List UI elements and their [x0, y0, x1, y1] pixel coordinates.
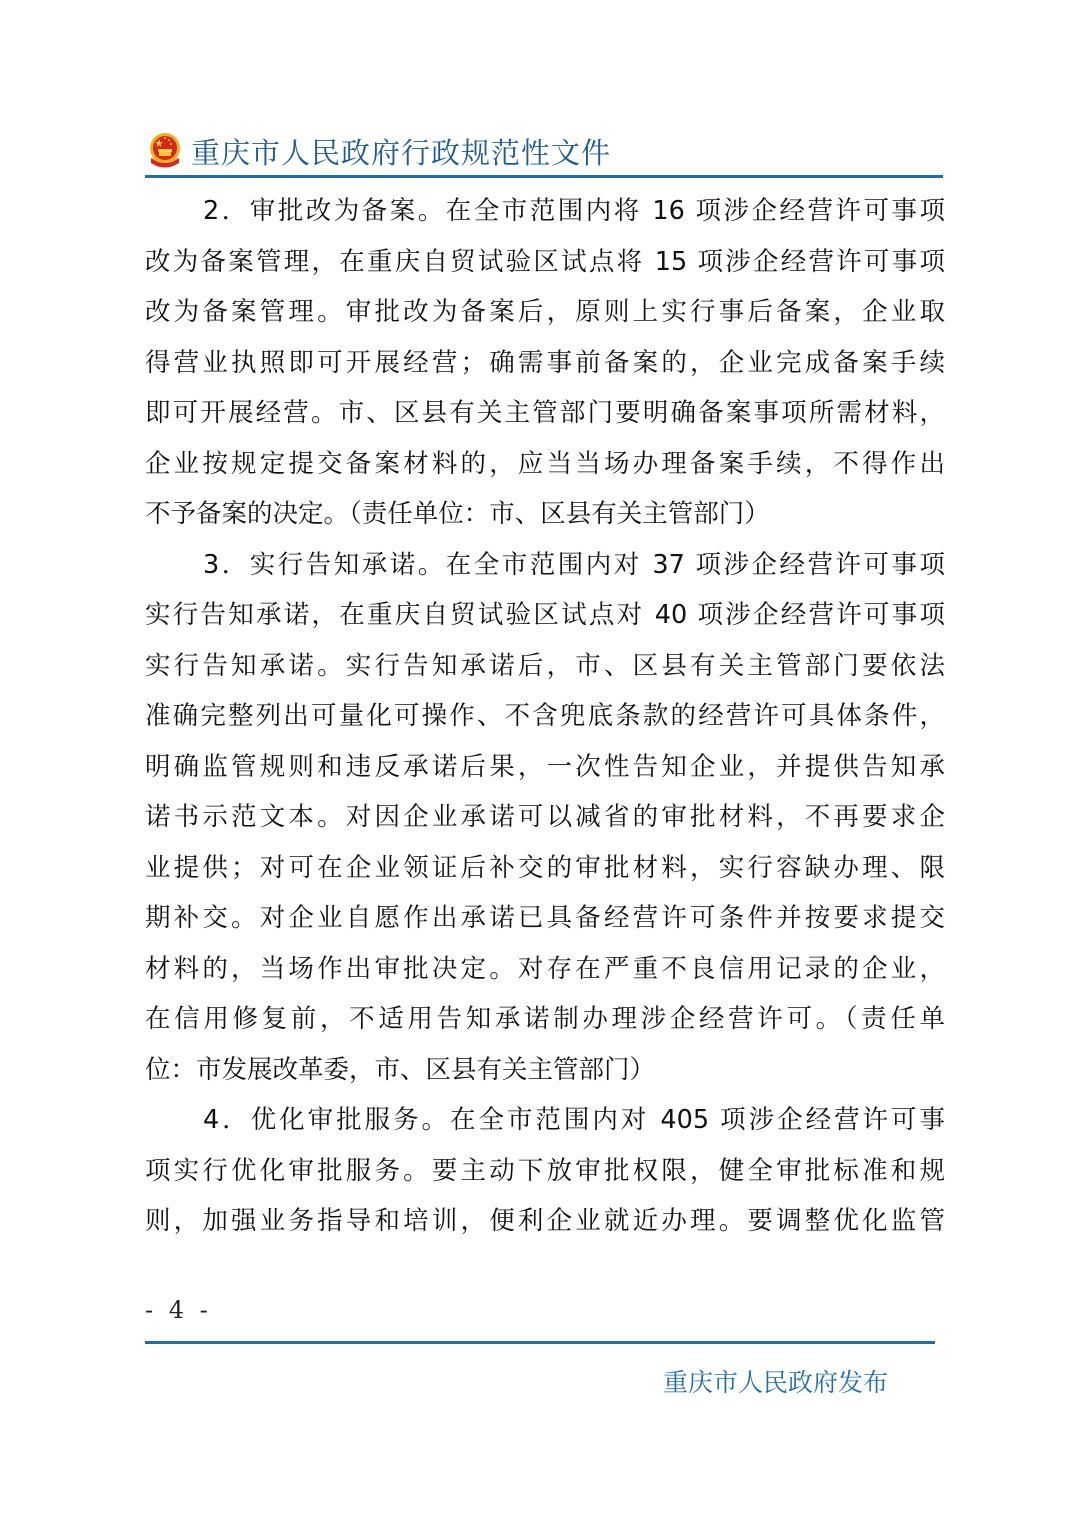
national-emblem-icon — [145, 130, 185, 172]
paragraph-2-line-2: 改为备案管理，在重庆自贸试验区试点将 15 项涉企经营许可事项 — [145, 237, 945, 288]
paragraph-3-line-5: 明确监管规则和违反承诺后果，一次性告知企业，并提供告知承 — [145, 742, 945, 793]
header-divider — [145, 175, 943, 178]
publisher-label: 重庆市人民政府发布 — [663, 1363, 888, 1399]
document-body: 2．审批改为备案。在全市范围内将 16 项涉企经营许可事项 改为备案管理，在重庆… — [145, 186, 945, 1247]
footer-divider — [145, 1341, 935, 1344]
paragraph-3-line-11: 位：市发展改革委，市、区县有关主管部门） — [145, 1045, 945, 1096]
paragraph-2-line-7: 不予备案的决定。（责任单位：市、区县有关主管部门） — [145, 489, 945, 540]
paragraph-2-line-5: 即可开展经营。市、区县有关主管部门要明确备案事项所需材料， — [145, 388, 945, 439]
paragraph-3-line-3: 实行告知承诺。实行告知承诺后，市、区县有关主管部门要依法 — [145, 641, 945, 692]
paragraph-3-line-7: 业提供；对可在企业领证后补交的审批材料，实行容缺办理、限 — [145, 843, 945, 894]
paragraph-3-line-8: 期补交。对企业自愿作出承诺已具备经营许可条件并按要求提交 — [145, 893, 945, 944]
paragraph-3-line-2: 实行告知承诺，在重庆自贸试验区试点对 40 项涉企经营许可事项 — [145, 590, 945, 641]
paragraph-2-line-1: 2．审批改为备案。在全市范围内将 16 项涉企经营许可事项 — [145, 186, 945, 237]
header-title: 重庆市人民政府行政规范性文件 — [191, 131, 611, 172]
paragraph-3-line-6: 诺书示范文本。对因企业承诺可以减省的审批材料，不再要求企 — [145, 792, 945, 843]
paragraph-3-line-1: 3．实行告知承诺。在全市范围内对 37 项涉企经营许可事项 — [145, 540, 945, 591]
paragraph-3-line-9: 材料的，当场作出审批决定。对存在严重不良信用记录的企业， — [145, 944, 945, 995]
paragraph-4-line-3: 则，加强业务指导和培训，便利企业就近办理。要调整优化监管 — [145, 1196, 945, 1247]
paragraph-3-line-10: 在信用修复前，不适用告知承诺制办理涉企经营许可。（责任单 — [145, 994, 945, 1045]
paragraph-4-line-1: 4．优化审批服务。在全市范围内对 405 项涉企经营许可事 — [145, 1095, 945, 1146]
document-header: 重庆市人民政府行政规范性文件 — [145, 128, 611, 174]
paragraph-2-line-4: 得营业执照即可开展经营；确需事前备案的，企业完成备案手续 — [145, 338, 945, 389]
paragraph-2-line-3: 改为备案管理。审批改为备案后，原则上实行事后备案，企业取 — [145, 287, 945, 338]
paragraph-4-line-2: 项实行优化审批服务。要主动下放审批权限，健全审批标准和规 — [145, 1146, 945, 1197]
paragraph-2-line-6: 企业按规定提交备案材料的，应当当场办理备案手续，不得作出 — [145, 439, 945, 490]
page-number: - 4 - — [145, 1296, 212, 1324]
paragraph-3-line-4: 准确完整列出可量化可操作、不含兜底条款的经营许可具体条件， — [145, 691, 945, 742]
